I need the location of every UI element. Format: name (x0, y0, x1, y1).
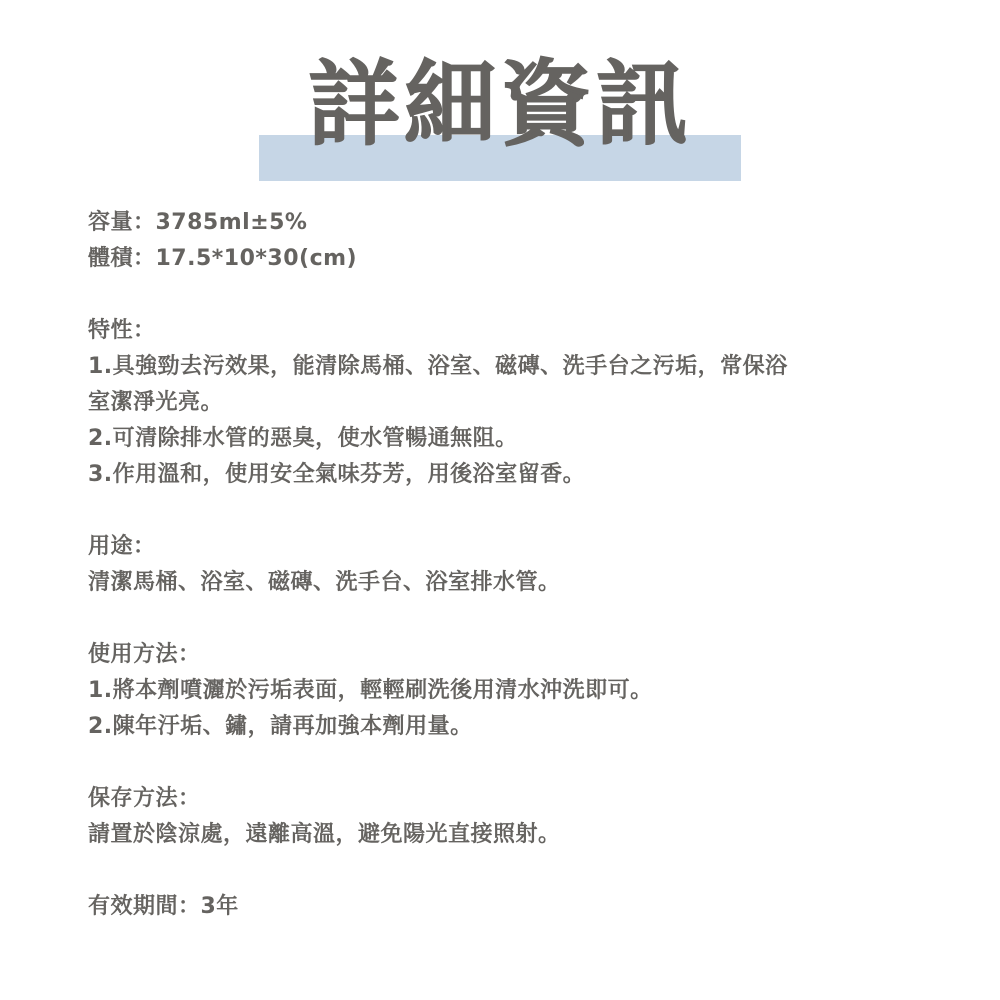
usage-line: 1.將本劑噴灑於污垢表面，輕輕刷洗後用清水沖洗即可。 (88, 673, 928, 709)
spacer (88, 853, 928, 889)
title-block: 詳細資訊 (259, 55, 741, 181)
shelf-life-text: 有效期間：3年 (88, 889, 928, 925)
volume-text: 體積：17.5*10*30(cm) (88, 241, 928, 277)
features-heading: 特性： (88, 313, 928, 349)
details-content: 容量：3785ml±5% 體積：17.5*10*30(cm) 特性： 1.具強勁… (88, 205, 928, 925)
feature-line: 室潔淨光亮。 (88, 385, 928, 421)
feature-line: 1.具強勁去污效果，能清除馬桶、浴室、磁磚、洗手台之污垢，常保浴 (88, 349, 928, 385)
usage-heading: 使用方法： (88, 637, 928, 673)
spacer (88, 601, 928, 637)
spacer (88, 277, 928, 313)
usage-line: 2.陳年汙垢、鏽，請再加強本劑用量。 (88, 709, 928, 745)
uses-heading: 用途： (88, 529, 928, 565)
spacer (88, 493, 928, 529)
capacity-text: 容量：3785ml±5% (88, 205, 928, 241)
feature-line: 2.可清除排水管的惡臭，使水管暢通無阻。 (88, 421, 928, 457)
storage-line: 請置於陰涼處，遠離高溫，避免陽光直接照射。 (88, 817, 928, 853)
page-title: 詳細資訊 (259, 55, 741, 155)
feature-line: 3.作用溫和，使用安全氣味芬芳，用後浴室留香。 (88, 457, 928, 493)
spacer (88, 745, 928, 781)
uses-line: 清潔馬桶、浴室、磁磚、洗手台、浴室排水管。 (88, 565, 928, 601)
storage-heading: 保存方法： (88, 781, 928, 817)
